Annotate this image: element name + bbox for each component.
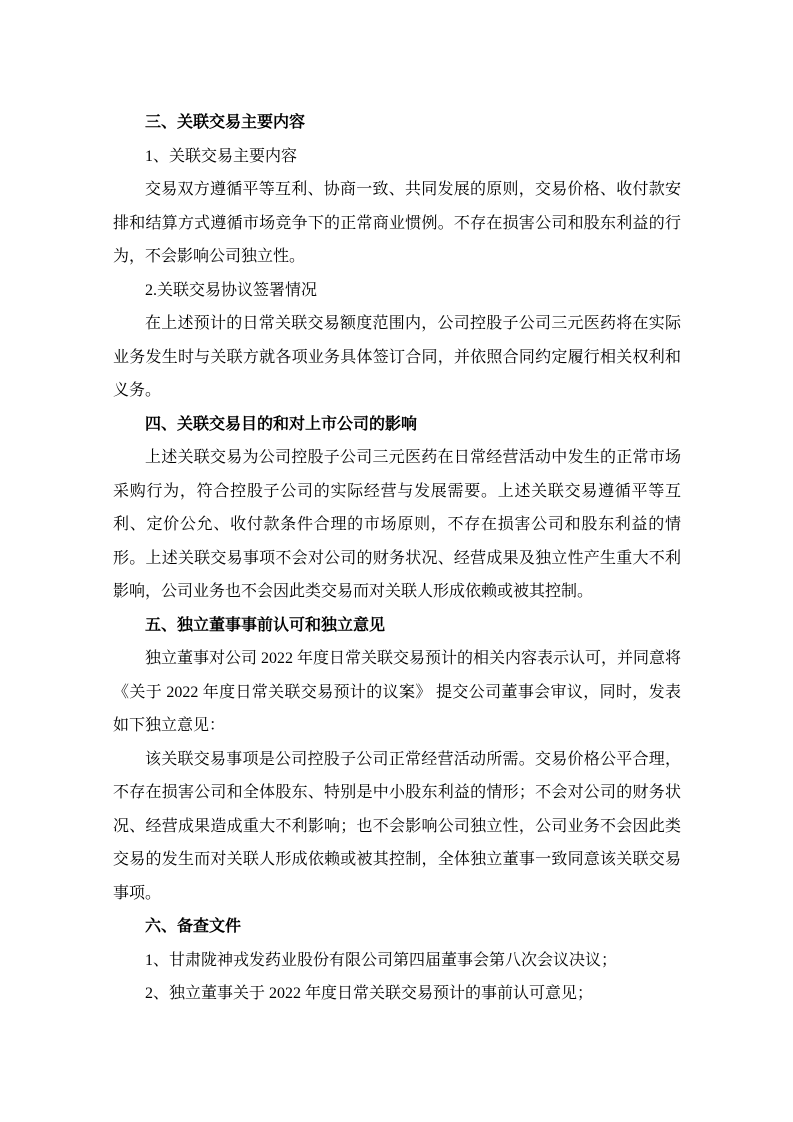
body-paragraph: 1、甘肃陇神戎发药业股份有限公司第四届董事会第八次会议决议； <box>113 944 681 978</box>
section-heading: 五、独立董事事前认可和独立意见 <box>113 609 681 643</box>
body-paragraph: 上述关联交易为公司控股子公司三元医药在日常经营活动中发生的正常市场采购行为，符合… <box>113 441 681 609</box>
body-paragraph: 在上述预计的日常关联交易额度范围内，公司控股子公司三元医药将在实际业务发生时与关… <box>113 307 681 408</box>
section-heading: 三、关联交易主要内容 <box>113 106 681 140</box>
body-paragraph: 该关联交易事项是公司控股子公司正常经营活动所需。交易价格公平合理，不存在损害公司… <box>113 743 681 911</box>
section-heading: 六、备查文件 <box>113 910 681 944</box>
body-paragraph: 独立董事对公司 2022 年度日常关联交易预计的相关内容表示认可，并同意将《关于… <box>113 642 681 743</box>
body-paragraph: 2、独立董事关于 2022 年度日常关联交易预计的事前认可意见； <box>113 977 681 1011</box>
document-page: 三、关联交易主要内容1、关联交易主要内容交易双方遵循平等互利、协商一致、共同发展… <box>0 0 793 1122</box>
body-paragraph: 交易双方遵循平等互利、协商一致、共同发展的原则，交易价格、收付款安排和结算方式遵… <box>113 173 681 274</box>
body-paragraph: 2.关联交易协议签署情况 <box>113 274 681 308</box>
body-paragraph: 1、关联交易主要内容 <box>113 140 681 174</box>
document-content: 三、关联交易主要内容1、关联交易主要内容交易双方遵循平等互利、协商一致、共同发展… <box>113 106 681 1011</box>
section-heading: 四、关联交易目的和对上市公司的影响 <box>113 408 681 442</box>
